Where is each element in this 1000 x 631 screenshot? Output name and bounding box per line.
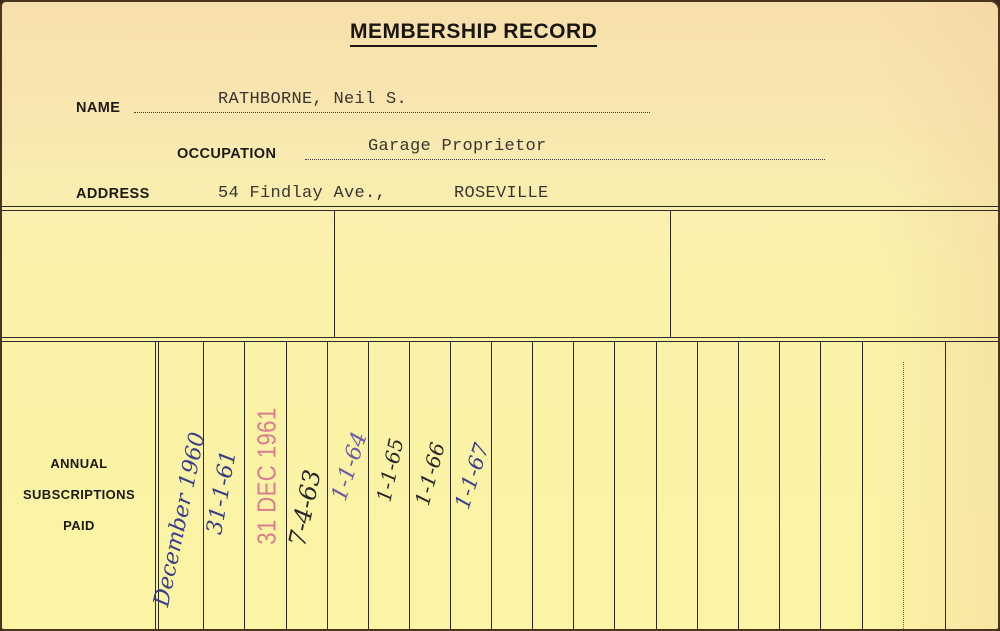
middle-box-divider-1 bbox=[334, 211, 335, 337]
occupation-dotted-line bbox=[305, 159, 825, 160]
subscription-stamp-3: 31 DEC 1961 bbox=[252, 434, 283, 545]
address-label: ADDRESS bbox=[76, 186, 150, 202]
column-line bbox=[945, 342, 946, 631]
column-line bbox=[327, 342, 328, 631]
column-line bbox=[491, 342, 492, 631]
column-line bbox=[862, 342, 863, 631]
column-line-faint bbox=[903, 362, 904, 631]
card-title: MEMBERSHIP RECORD bbox=[350, 20, 597, 47]
double-rule-top-b bbox=[2, 210, 1000, 211]
middle-box-divider-2 bbox=[670, 211, 671, 337]
membership-record-card: MEMBERSHIP RECORD NAME RATHBORNE, Neil S… bbox=[0, 0, 1000, 631]
column-line bbox=[450, 342, 451, 631]
column-line bbox=[409, 342, 410, 631]
column-line bbox=[697, 342, 698, 631]
subscriptions-label: SUBSCRIPTIONS bbox=[2, 487, 156, 502]
column-line bbox=[820, 342, 821, 631]
column-line bbox=[368, 342, 369, 631]
address-street: 54 Findlay Ave., bbox=[218, 184, 386, 203]
double-rule-bottom-a bbox=[2, 337, 1000, 338]
paper-aging-tint bbox=[878, 2, 998, 631]
column-line bbox=[244, 342, 245, 631]
column-line bbox=[614, 342, 615, 631]
paid-label: PAID bbox=[2, 518, 156, 533]
name-label: NAME bbox=[76, 100, 120, 116]
column-line bbox=[203, 342, 204, 631]
double-rule-bottom-b bbox=[2, 341, 1000, 342]
name-value: RATHBORNE, Neil S. bbox=[218, 90, 407, 109]
occupation-label: OCCUPATION bbox=[177, 146, 276, 162]
name-dotted-line bbox=[134, 112, 650, 113]
double-rule-top-a bbox=[2, 206, 1000, 207]
subscription-entry-6: 1-1-65 bbox=[368, 419, 412, 522]
column-line bbox=[573, 342, 574, 631]
column-line bbox=[532, 342, 533, 631]
column-line bbox=[779, 342, 780, 631]
column-line bbox=[286, 342, 287, 631]
subscription-entry-2: 31-1-61 bbox=[201, 441, 243, 544]
column-line bbox=[738, 342, 739, 631]
annual-label: ANNUAL bbox=[2, 456, 156, 471]
column-line bbox=[656, 342, 657, 631]
address-town: ROSEVILLE bbox=[454, 184, 549, 203]
occupation-value: Garage Proprietor bbox=[368, 137, 547, 156]
